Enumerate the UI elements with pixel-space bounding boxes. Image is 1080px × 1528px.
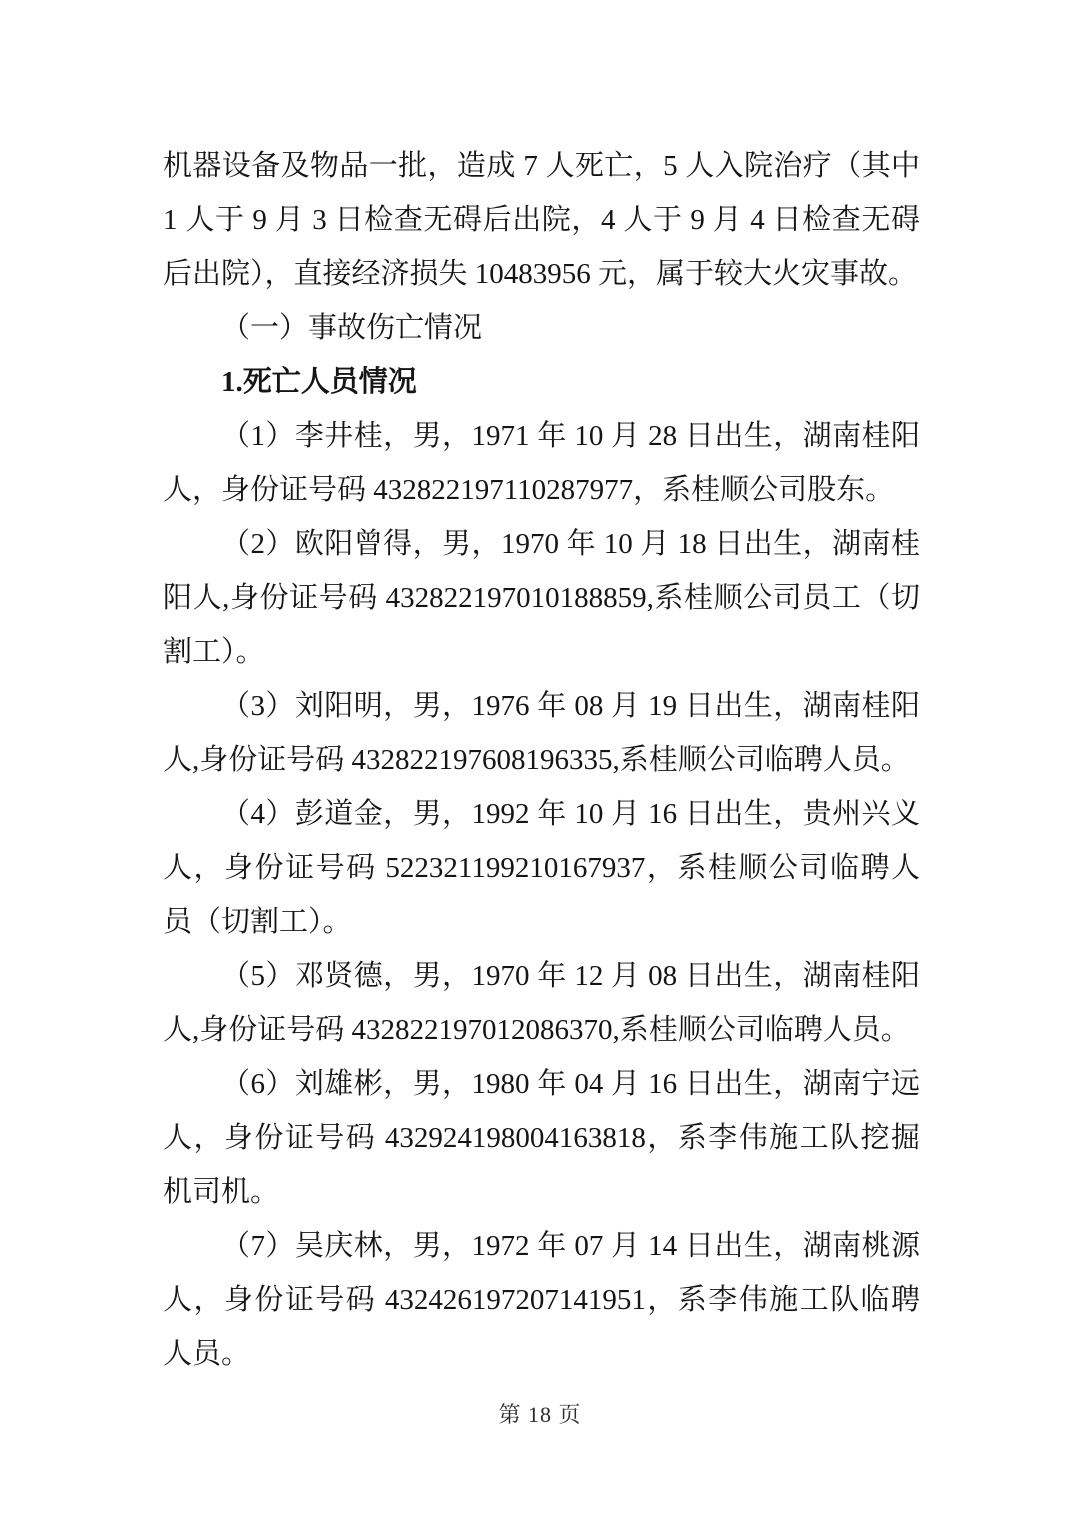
paragraph-deceased-2: （2）欧阳曾得，男，1970 年 10 月 18 日出生，湖南桂阳人,身份证号码… — [163, 517, 920, 679]
page-number: 第 18 页 — [0, 1398, 1080, 1432]
paragraph-deceased-4: （4）彭道金，男，1992 年 10 月 16 日出生，贵州兴义人，身份证号码 … — [163, 787, 920, 949]
document-body: 机器设备及物品一批，造成 7 人死亡，5 人入院治疗（其中 1 人于 9 月 3… — [163, 139, 920, 1381]
paragraph-deceased-5: （5）邓贤德，男，1970 年 12 月 08 日出生，湖南桂阳人,身份证号码 … — [163, 949, 920, 1057]
paragraph-deceased-3: （3）刘阳明，男，1976 年 08 月 19 日出生，湖南桂阳人,身份证号码 … — [163, 679, 920, 787]
section-heading-casualty-situation: （一）事故伤亡情况 — [163, 301, 920, 355]
paragraph-deceased-1: （1）李井桂，男，1971 年 10 月 28 日出生，湖南桂阳人，身份证号码 … — [163, 409, 920, 517]
paragraph-deceased-6: （6）刘雄彬，男，1980 年 04 月 16 日出生，湖南宁远人，身份证号码 … — [163, 1057, 920, 1219]
paragraph-accident-summary: 机器设备及物品一批，造成 7 人死亡，5 人入院治疗（其中 1 人于 9 月 3… — [163, 139, 920, 301]
subsection-heading-deceased-persons: 1.死亡人员情况 — [163, 355, 920, 409]
document-page: 机器设备及物品一批，造成 7 人死亡，5 人入院治疗（其中 1 人于 9 月 3… — [0, 0, 1080, 1528]
paragraph-deceased-7: （7）吴庆林，男，1972 年 07 月 14 日出生，湖南桃源人，身份证号码 … — [163, 1219, 920, 1381]
